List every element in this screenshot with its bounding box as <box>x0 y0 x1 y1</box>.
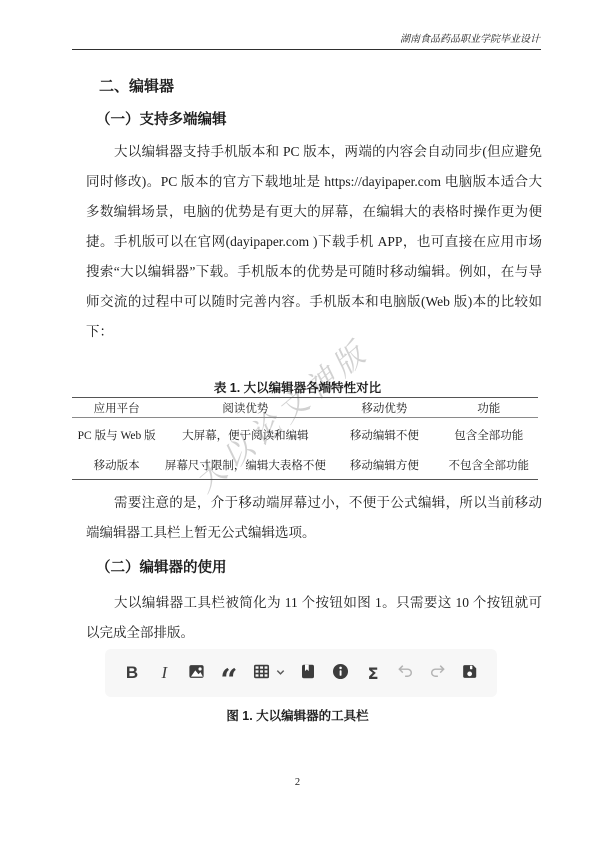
table-icon <box>252 662 271 684</box>
insert-image-button[interactable] <box>187 658 207 688</box>
chevron-down-icon <box>275 666 286 681</box>
column-header: 功能 <box>439 398 538 418</box>
table-header-row: 应用平台 阅读优势 移动优势 功能 <box>72 398 538 418</box>
column-header: 移动优势 <box>329 398 439 418</box>
save-button[interactable] <box>460 658 480 688</box>
bold-icon: B <box>126 663 138 683</box>
blockquote-button[interactable]: “ <box>219 658 239 688</box>
editor-toolbar-figure: B I “ <box>105 649 497 697</box>
table-row: PC 版与 Web 版 大屏幕，便于阅读和编辑 移动编辑不便 包含全部功能 <box>72 418 538 455</box>
header-rule <box>72 49 541 50</box>
italic-icon: I <box>161 663 167 683</box>
insert-table-button[interactable] <box>251 658 271 688</box>
paragraph-3: 大以编辑器工具栏被简化为 11 个按钮如图 1。只需要这 10 个按钮就可以完成… <box>86 588 542 648</box>
bold-button[interactable]: B <box>122 658 142 688</box>
figure-caption: 图 1. 大以编辑器的工具栏 <box>0 706 595 724</box>
subsection-heading-1: （一）支持多端编辑 <box>96 108 227 129</box>
info-button[interactable] <box>331 658 351 688</box>
page-number: 2 <box>0 777 595 788</box>
sigma-icon: Σ <box>368 664 379 683</box>
table-cell: 移动版本 <box>72 454 161 480</box>
paragraph-1: 大以编辑器支持手机版本和 PC 版本，两端的内容会自动同步(但应避免同时修改)。… <box>86 137 542 347</box>
redo-icon <box>428 663 447 683</box>
page-header-title: 湖南食品药品职业学院毕业设计 <box>400 30 540 45</box>
italic-button[interactable]: I <box>154 658 174 688</box>
table-button-group <box>251 658 286 688</box>
undo-icon <box>396 663 415 683</box>
subsection-heading-2: （二）编辑器的使用 <box>96 556 227 577</box>
info-icon <box>331 662 350 684</box>
formula-button[interactable]: Σ <box>363 658 383 688</box>
table-cell: 不包含全部功能 <box>439 454 538 480</box>
table-cell: 移动编辑方便 <box>329 454 439 480</box>
table-cell: 包含全部功能 <box>439 418 538 455</box>
redo-button[interactable] <box>428 658 448 688</box>
table-dropdown-button[interactable] <box>274 658 286 688</box>
undo-button[interactable] <box>395 658 415 688</box>
table-row: 移动版本 屏幕尺寸限制，编辑大表格不便 移动编辑方便 不包含全部功能 <box>72 454 538 480</box>
section-heading: 二、编辑器 <box>99 75 174 96</box>
document-page: 湖南食品药品职业学院毕业设计 二、编辑器 （一）支持多端编辑 大以编辑器支持手机… <box>0 0 595 842</box>
comparison-table: 应用平台 阅读优势 移动优势 功能 PC 版与 Web 版 大屏幕，便于阅读和编… <box>72 397 538 480</box>
column-header: 阅读优势 <box>161 398 329 418</box>
table-cell: 大屏幕，便于阅读和编辑 <box>161 418 329 455</box>
table-caption: 表 1. 大以编辑器各端特性对比 <box>0 378 595 396</box>
paragraph-2: 需要注意的是，介于移动端屏幕过小，不便于公式编辑，所以当前移动端编辑器工具栏上暂… <box>86 488 542 548</box>
table-cell: PC 版与 Web 版 <box>72 418 161 455</box>
book-page-icon <box>299 662 317 684</box>
table-cell: 屏幕尺寸限制，编辑大表格不便 <box>161 454 329 480</box>
save-icon <box>460 662 479 684</box>
table-cell: 移动编辑不便 <box>329 418 439 455</box>
column-header: 应用平台 <box>72 398 161 418</box>
book-page-button[interactable] <box>298 658 318 688</box>
image-icon <box>187 662 206 684</box>
